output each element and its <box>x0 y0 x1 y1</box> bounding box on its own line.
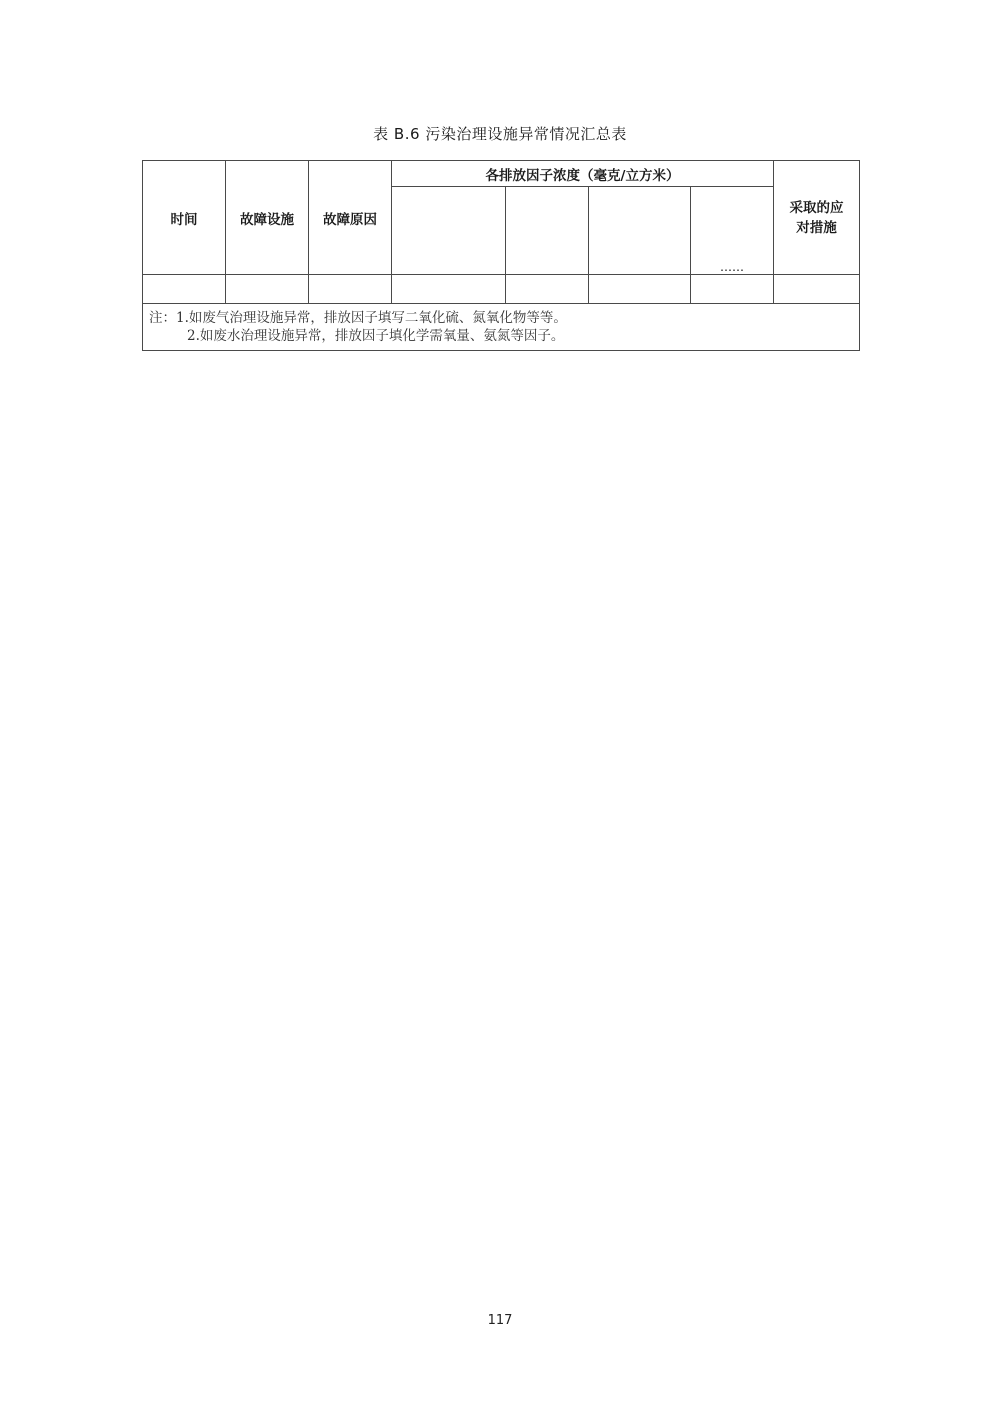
cell <box>226 275 309 304</box>
header-measures-line1: 采取的应 <box>774 198 859 218</box>
table-row <box>143 275 860 304</box>
header-faulty-facility: 故障设施 <box>226 161 309 275</box>
table-title: 污染治理设施异常情况汇总表 <box>425 125 627 143</box>
table-number: 表 B.6 <box>373 125 420 143</box>
header-factor-2 <box>506 187 589 275</box>
header-time: 时间 <box>143 161 226 275</box>
header-fault-cause: 故障原因 <box>309 161 392 275</box>
table-caption: 表 B.6 污染治理设施异常情况汇总表 <box>0 123 1000 144</box>
cell <box>506 275 589 304</box>
cell <box>309 275 392 304</box>
header-factor-more: …… <box>691 187 774 275</box>
note-2: 2.如废水治理设施异常，排放因子填化学需氧量、氨氮等因子。 <box>143 327 859 345</box>
header-concentration-group: 各排放因子浓度（毫克/立方米） <box>392 161 774 187</box>
cell <box>392 275 506 304</box>
abnormal-facility-summary-table: 时间 故障设施 故障原因 各排放因子浓度（毫克/立方米） 采取的应 对措施 ……… <box>142 160 860 351</box>
header-factor-3 <box>589 187 691 275</box>
header-measures: 采取的应 对措施 <box>774 161 860 275</box>
header-factor-1 <box>392 187 506 275</box>
note-1: 注：1.如废气治理设施异常，排放因子填写二氧化硫、氮氧化物等等。 <box>143 309 859 327</box>
cell <box>691 275 774 304</box>
table-notes: 注：1.如废气治理设施异常，排放因子填写二氧化硫、氮氧化物等等。 2.如废水治理… <box>143 304 860 351</box>
page-number: 117 <box>0 1313 1000 1328</box>
cell <box>589 275 691 304</box>
cell <box>774 275 860 304</box>
cell <box>143 275 226 304</box>
header-measures-line2: 对措施 <box>774 218 859 238</box>
